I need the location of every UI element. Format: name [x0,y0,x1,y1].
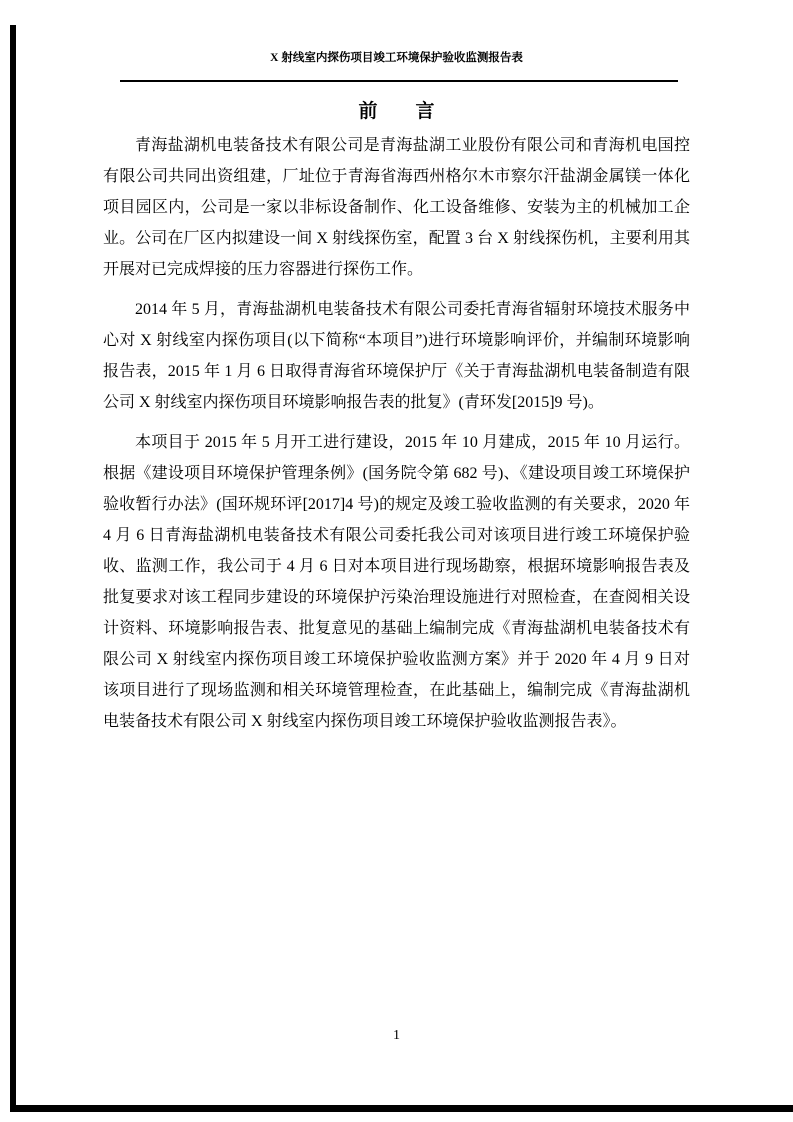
page-number: 1 [0,1027,793,1045]
paragraph-acceptance-monitoring: 本项目于 2015 年 5 月开工进行建设，2015 年 10 月建成，2015… [103,427,690,737]
page-title: 前 言 [0,99,793,125]
scan-edge-bottom [10,1105,793,1112]
paragraph-eia-approval: 2014 年 5 月，青海盐湖机电装备技术有限公司委托青海省辐射环境技术服务中心… [103,294,690,418]
scan-edge-left [10,25,16,1112]
document-body: 青海盐湖机电装备技术有限公司是青海盐湖工业股份有限公司和青海机电国控有限公司共同… [103,130,690,746]
header-rule [120,80,678,82]
paragraph-company-intro: 青海盐湖机电装备技术有限公司是青海盐湖工业股份有限公司和青海机电国控有限公司共同… [103,130,690,285]
document-header: X 射线室内探伤项目竣工环境保护验收监测报告表 [0,51,793,66]
